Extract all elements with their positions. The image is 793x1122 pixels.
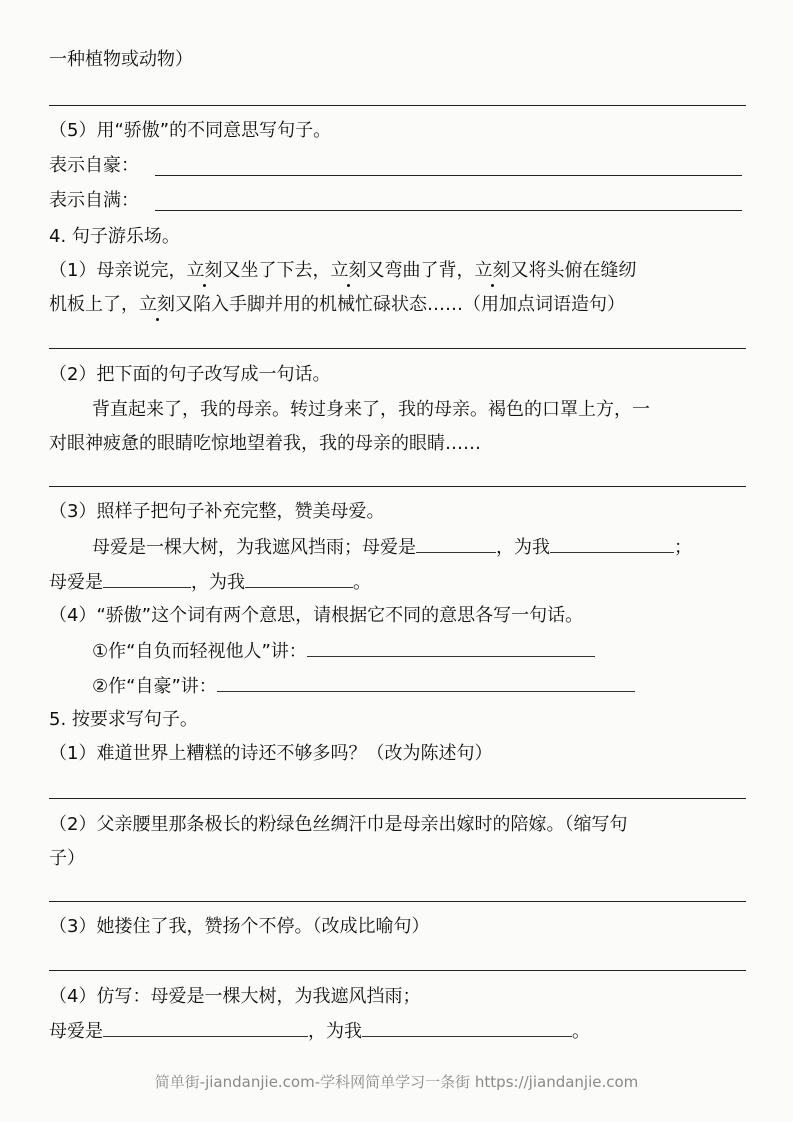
fill-blank[interactable] [103, 1019, 308, 1037]
answer-line[interactable] [49, 798, 746, 799]
pride-row: 表示自豪： [49, 154, 139, 178]
s5-q3: （3）她搂住了我，赞扬个不停。（改成比喻句） [49, 915, 429, 939]
dotted-word: 立刻 [186, 260, 222, 281]
s4-q3-title: （3）照样子把句子补充完整，赞美母爱。 [49, 500, 384, 524]
continued-text: 一种植物或动物） [49, 48, 193, 72]
s4-q4-a: ①作“自负而轻视他人”讲： [92, 639, 595, 664]
answer-line[interactable] [49, 348, 746, 349]
dotted-word: 立刻 [474, 260, 510, 281]
s4-q4-title: （4）“骄傲”这个词有两个意思，请根据它不同的意思各写一句话。 [49, 604, 583, 628]
s4-q2-passage-line2: 对眼神疲惫的眼睛吃惊地望着我，我的母亲的眼睛…… [49, 432, 481, 456]
fill-blank[interactable] [550, 535, 674, 553]
fill-blank[interactable] [307, 639, 595, 657]
s5-q4: （4）仿写：母爱是一棵大树，为我遮风挡雨； [49, 985, 420, 1009]
s5-q1: （1）难道世界上糟糕的诗还不够多吗？（改为陈述句） [49, 742, 492, 766]
arrogance-row: 表示自满： [49, 189, 139, 213]
footer-watermark: 简单街-jiandanjie.com-学科网简单学习一条街 https://ji… [0, 1071, 793, 1092]
s4-q2-passage-line1: 背直起来了，我的母亲。转过身来了，我的母亲。褐色的口罩上方，一 [92, 398, 650, 422]
fill-blank[interactable] [217, 674, 635, 692]
s5-q4-fill: 母爱是，为我。 [49, 1019, 590, 1044]
pride-answer-line[interactable] [155, 175, 742, 176]
fill-blank[interactable] [362, 1019, 572, 1037]
s5-q2-line2: 子） [49, 847, 85, 871]
worksheet-page: 一种植物或动物） （5）用“骄傲”的不同意思写句子。 表示自豪： 表示自满： 4… [0, 0, 793, 1122]
fill-blank[interactable] [245, 570, 353, 588]
s4-q1-line1: （1）母亲说完，立刻又坐了下去，立刻又弯曲了背，立刻又将头俯在缝纫 [49, 259, 636, 283]
answer-line[interactable] [49, 105, 746, 106]
arrogance-answer-line[interactable] [155, 210, 742, 211]
s4-q2-title: （2）把下面的句子改写成一句话。 [49, 363, 330, 387]
fill-blank[interactable] [103, 570, 191, 588]
dotted-word: 立刻 [330, 260, 366, 281]
s5-q2-line1: （2）父亲腰里那条极长的粉绿色丝绸汗巾是母亲出嫁时的陪嫁。（缩写句 [49, 813, 627, 837]
dotted-word: 立刻 [139, 294, 175, 315]
s4-q3-line1: 母爱是一棵大树，为我遮风挡雨；母爱是，为我； [92, 535, 692, 560]
answer-line[interactable] [49, 486, 746, 487]
s4-q1-line2: 机板上了，立刻又陷入手脚并用的机械忙碌状态……（用加点词语造句） [49, 293, 625, 317]
section-5-title: 5. 按要求写句子。 [49, 708, 198, 732]
answer-line[interactable] [49, 901, 746, 902]
fill-blank[interactable] [416, 535, 496, 553]
pride-label: 表示自豪： [49, 155, 139, 176]
s4-q4-b: ②作“自豪”讲： [92, 674, 635, 699]
s4-q3-line2: 母爱是，为我。 [49, 570, 371, 595]
arrogance-label: 表示自满： [49, 190, 139, 211]
section-4-title: 4. 句子游乐场。 [49, 225, 180, 249]
question-5-title: （5）用“骄傲”的不同意思写句子。 [49, 119, 331, 143]
answer-line[interactable] [49, 970, 746, 971]
